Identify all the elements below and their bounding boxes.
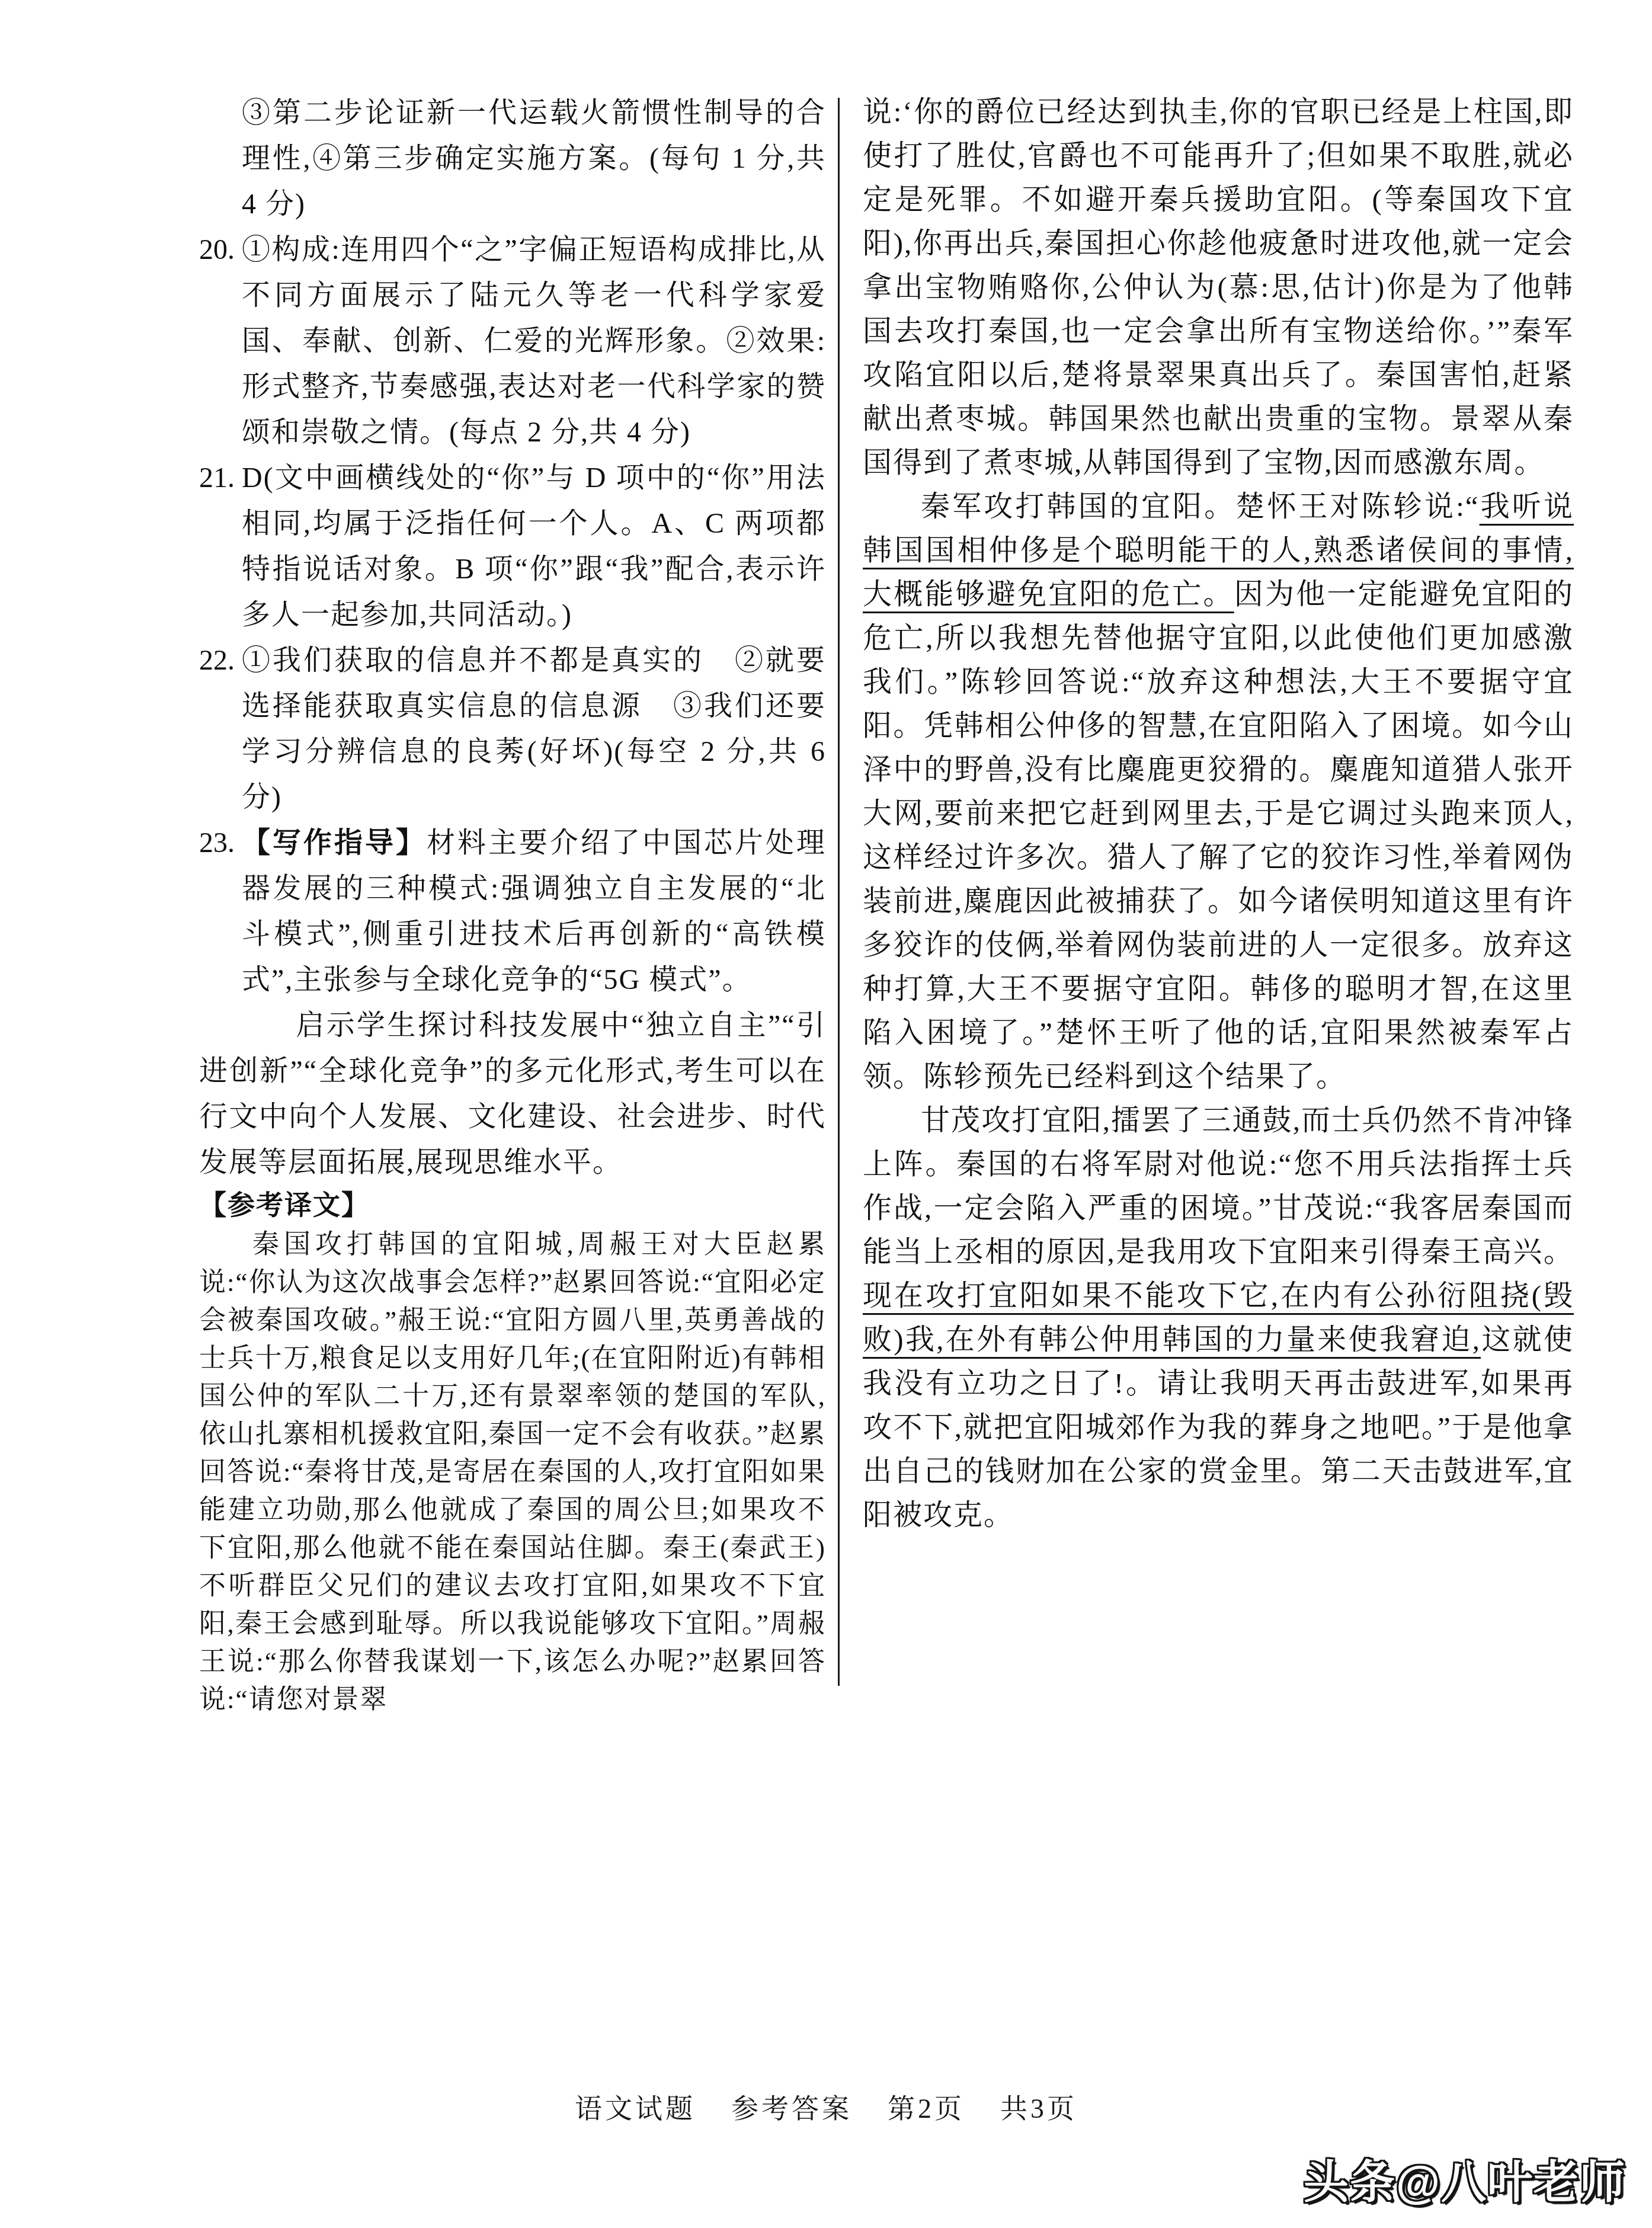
guidance-paragraph: 启示学生探讨科技发展中“独立自主”“引进创新”“全球化竞争”的多元化形式,考生可…: [199, 1003, 826, 1185]
text-run: 甘茂攻打宜阳,擂罢了三通鼓,而士兵仍然不肯冲锋上阵。秦国的右将军尉对他说:“您不…: [863, 1104, 1574, 1268]
translation-paragraph: 说:‘你的爵位已经达到执圭,你的官职已经是上柱国,即使打了胜仗,官爵也不可能再升…: [863, 90, 1574, 485]
text-run: ①我们获取的信息并不都是真实的 ②就要选择能获取真实信息的信息源 ③我们还要学习…: [242, 645, 826, 813]
text-run: ①构成:连用四个“之”字偏正短语构成排比,从不同方面展示了陆元久等老一代科学家爱…: [242, 234, 826, 448]
footer-page-number: 第2页: [888, 2093, 965, 2124]
answer-item-23: 23.【写作指导】材料主要介绍了中国芯片处理器发展的三种模式:强调独立自主发展的…: [199, 820, 826, 1003]
bold-label: 【写作指导】: [242, 827, 427, 859]
footer-doc-title: 语文试题: [575, 2093, 696, 2124]
answer-text: ①我们获取的信息并不都是真实的 ②就要选择能获取真实信息的信息源 ③我们还要学习…: [242, 645, 826, 813]
answer-number: 21.: [199, 455, 235, 501]
answer-text: D(文中画横线处的“你”与 D 项中的“你”用法相同,均属于泛指任何一个人。A、…: [242, 462, 826, 630]
column-divider: [838, 98, 840, 1686]
text-run: 秦军攻打韩国的宜阳。楚怀王对陈轸说:“: [921, 490, 1480, 523]
answer-text: ③第二步论证新一代运载火箭惯性制导的合理性,④第三步确定实施方案。(每句 1 分…: [242, 97, 826, 220]
answer-text: ①构成:连用四个“之”字偏正短语构成排比,从不同方面展示了陆元久等老一代科学家爱…: [242, 234, 826, 448]
text-run: D(文中画横线处的“你”与 D 项中的“你”用法相同,均属于泛指任何一个人。A、…: [242, 462, 826, 630]
translation-heading: 【参考译文】: [199, 1185, 826, 1225]
translation-paragraph: 甘茂攻打宜阳,擂罢了三通鼓,而士兵仍然不肯冲锋上阵。秦国的右将军尉对他说:“您不…: [863, 1099, 1574, 1537]
answer-text: 【写作指导】材料主要介绍了中国芯片处理器发展的三种模式:强调独立自主发展的“北斗…: [242, 827, 826, 995]
right-column: 说:‘你的爵位已经达到执圭,你的官职已经是上柱国,即使打了胜仗,官爵也不可能再升…: [863, 90, 1574, 1537]
footer-page-total: 共3页: [1000, 2093, 1077, 2124]
text-run: 因为他一定能避免宜阳的危亡,所以我想先替他据守宜阳,以此使他们更加感激我们。”陈…: [863, 578, 1574, 1093]
left-column: ③第二步论证新一代运载火箭惯性制导的合理性,④第三步确定实施方案。(每句 1 分…: [199, 90, 826, 1718]
answer-number: 23.: [199, 820, 235, 866]
page-footer: 语文试题参考答案第2页共3页: [0, 2087, 1652, 2126]
document-page: ③第二步论证新一代运载火箭惯性制导的合理性,④第三步确定实施方案。(每句 1 分…: [0, 0, 1652, 2228]
answer-item-20: 20.①构成:连用四个“之”字偏正短语构成排比,从不同方面展示了陆元久等老一代科…: [199, 227, 826, 455]
text-run: 秦国攻打韩国的宜阳城,周赧王对大臣赵累说:“你认为这次战事会怎样?”赵累回答说:…: [199, 1230, 826, 1714]
bold-label: 【参考译文】: [199, 1190, 370, 1220]
watermark-text: 头条@八叶老师: [1304, 2146, 1626, 2211]
answer-number: 20.: [199, 227, 235, 273]
footer-section-title: 参考答案: [731, 2093, 852, 2124]
text-run: ③第二步论证新一代运载火箭惯性制导的合理性,④第三步确定实施方案。(每句 1 分…: [242, 97, 826, 220]
text-run: 说:‘你的爵位已经达到执圭,你的官职已经是上柱国,即使打了胜仗,官爵也不可能再升…: [863, 95, 1574, 479]
answer-item-22: 22.①我们获取的信息并不都是真实的 ②就要选择能获取真实信息的信息源 ③我们还…: [199, 638, 826, 820]
underlined-text: 现在攻打宜阳如果不能攻下它,在内有公孙衍阻挠(毁败)我,在外有韩公仲用韩国的力量…: [863, 1279, 1574, 1356]
answer-item-21: 21.D(文中画横线处的“你”与 D 项中的“你”用法相同,均属于泛指任何一个人…: [199, 455, 826, 638]
translation-paragraph: 秦国攻打韩国的宜阳城,周赧王对大臣赵累说:“你认为这次战事会怎样?”赵累回答说:…: [199, 1225, 826, 1718]
answer-number: 22.: [199, 638, 235, 683]
text-run: 启示学生探讨科技发展中“独立自主”“引进创新”“全球化竞争”的多元化形式,考生可…: [199, 1010, 826, 1178]
translation-paragraph: 秦军攻打韩国的宜阳。楚怀王对陈轸说:“我听说韩国国相仲侈是个聪明能干的人,熟悉诸…: [863, 485, 1574, 1099]
answer-item-continuation: ③第二步论证新一代运载火箭惯性制导的合理性,④第三步确定实施方案。(每句 1 分…: [199, 90, 826, 227]
